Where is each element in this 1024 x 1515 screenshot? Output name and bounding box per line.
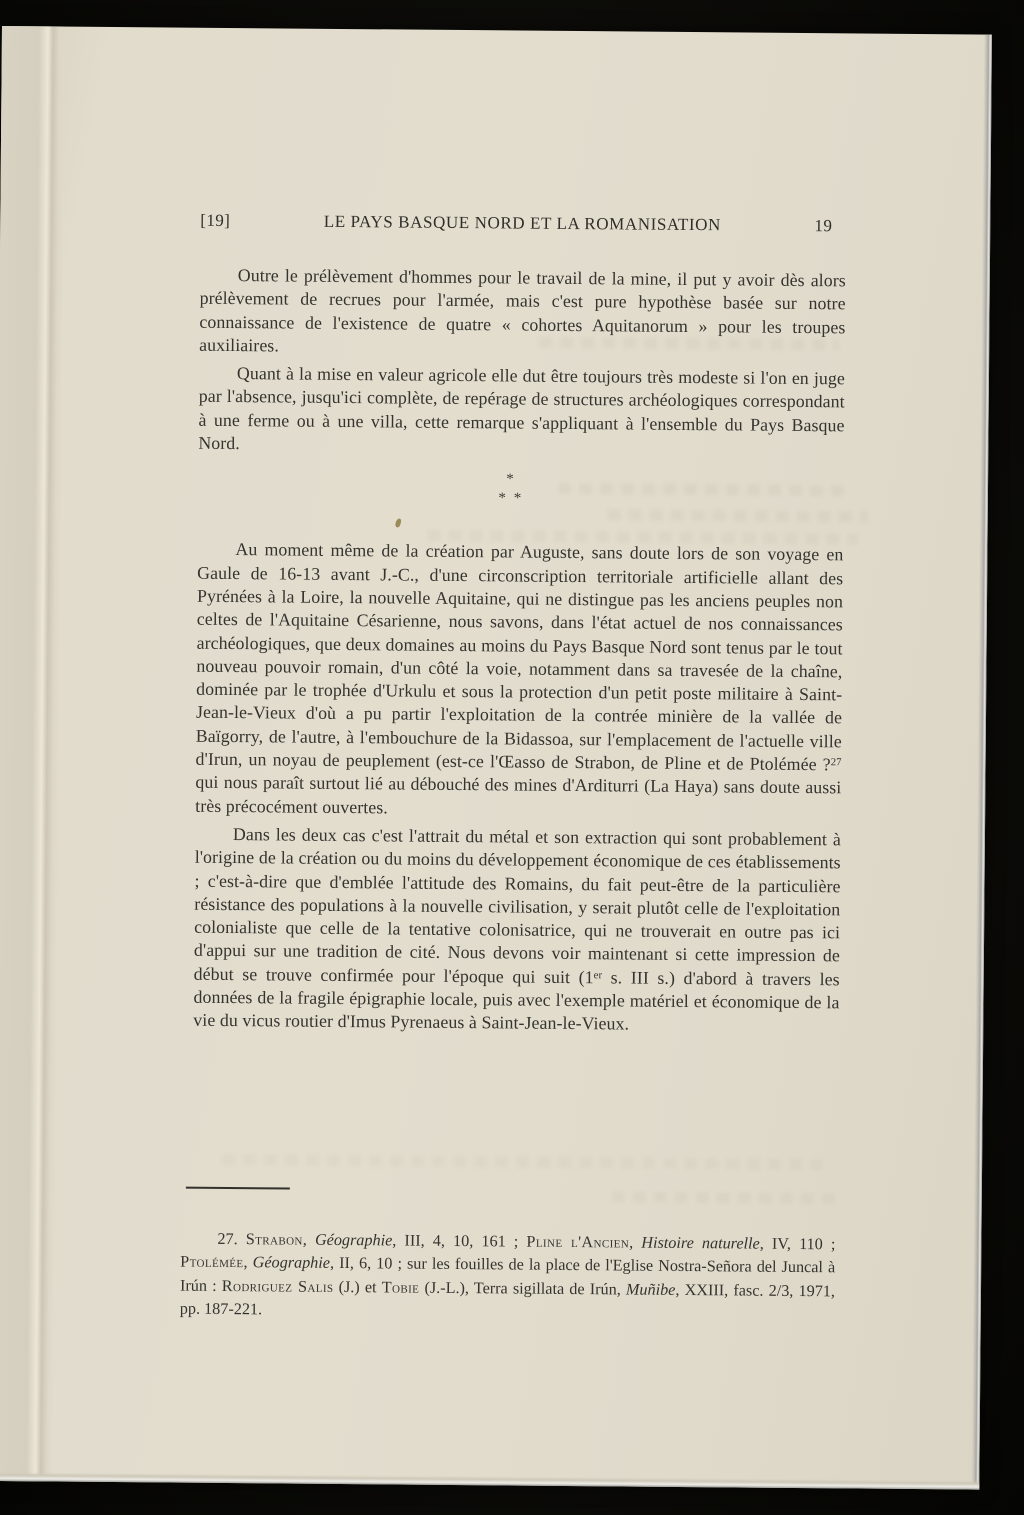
header-bracket-number: [19] [200, 211, 230, 231]
page-edge-right [971, 35, 992, 1490]
scan-background: { "scan": { "paper_color": "#e2dccd", "b… [0, 0, 1024, 1515]
bleedthrough-ghost [222, 1154, 822, 1170]
book-page: [19] LE PAYS BASQUE NORD ET LA ROMANISAT… [0, 26, 992, 1490]
page-gutter-crease [0, 26, 66, 1482]
body-text: Outre le prélèvement d'hommes pour le tr… [193, 264, 846, 1043]
body-paragraph-1: Outre le prélèvement d'hommes pour le tr… [199, 264, 846, 363]
footnote-27: 27. Strabon, Géographie, III, 4, 10, 161… [180, 1228, 836, 1327]
running-header: [19] LE PAYS BASQUE NORD ET LA ROMANISAT… [200, 211, 846, 237]
body-paragraph-4: Dans les deux cas c'est l'attrait du mét… [193, 823, 841, 1038]
header-title: LE PAYS BASQUE NORD ET LA ROMANISATION [324, 212, 721, 235]
header-page-number: 19 [814, 216, 846, 236]
footnote-rule [186, 1187, 290, 1190]
bleedthrough-ghost [612, 1191, 842, 1204]
body-paragraph-2: Quant à la mise en valeur agricole elle … [198, 362, 845, 461]
page-edge-bottom [0, 1472, 979, 1490]
asterism-separator: * * * [187, 468, 833, 511]
body-paragraph-3: Au moment même de la création par August… [195, 538, 843, 823]
